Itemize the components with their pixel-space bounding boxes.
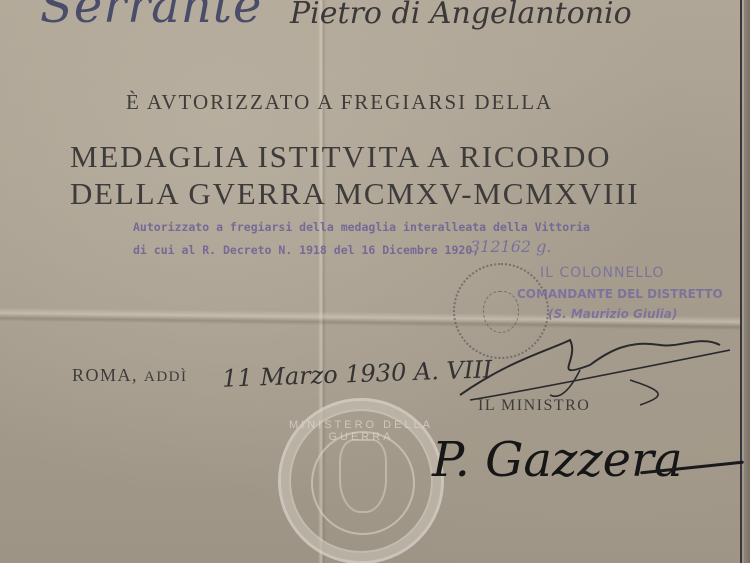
decorative-border-frame xyxy=(744,0,750,563)
medal-title-line-2: DELLA GVERRA MCMXV-MCMXVIII xyxy=(70,176,639,212)
place-label: ROMA,ADDÌ xyxy=(72,365,188,386)
registration-number: 312162 g. xyxy=(470,237,552,256)
addi-label: ADDÌ xyxy=(144,369,188,385)
recipient-surname: Serrante xyxy=(40,0,262,34)
coat-of-arms-icon xyxy=(339,439,387,513)
decorative-border-line xyxy=(740,0,742,563)
medal-title-line-1: MEDAGLIA ISTITVITA A RICORDO xyxy=(70,139,611,175)
minister-signature: P. Gazzera xyxy=(432,432,683,488)
authorization-heading: È AVTORIZZATO A FREGIARSI DELLA xyxy=(126,90,553,115)
district-stamp-location: (S. Maurizio Giulia) xyxy=(548,307,677,321)
minister-title: IL MINISTRO xyxy=(478,397,590,415)
district-stamp-title: IL COLONNELLO xyxy=(540,265,664,281)
purple-stamp-line-1: Autorizzato a fregiarsi della medaglia i… xyxy=(133,220,590,234)
district-stamp-role: COMANDANTE DEL DISTRETTO xyxy=(517,287,723,301)
purple-stamp-line-2: di cui al R. Decreto N. 1918 del 16 Dice… xyxy=(133,243,479,257)
place-name: ROMA, xyxy=(72,365,138,385)
embossed-seal-icon: MINISTERO DELLA GUERRA xyxy=(278,398,444,563)
recipient-given-name: Pietro di Angelantonio xyxy=(290,0,632,31)
